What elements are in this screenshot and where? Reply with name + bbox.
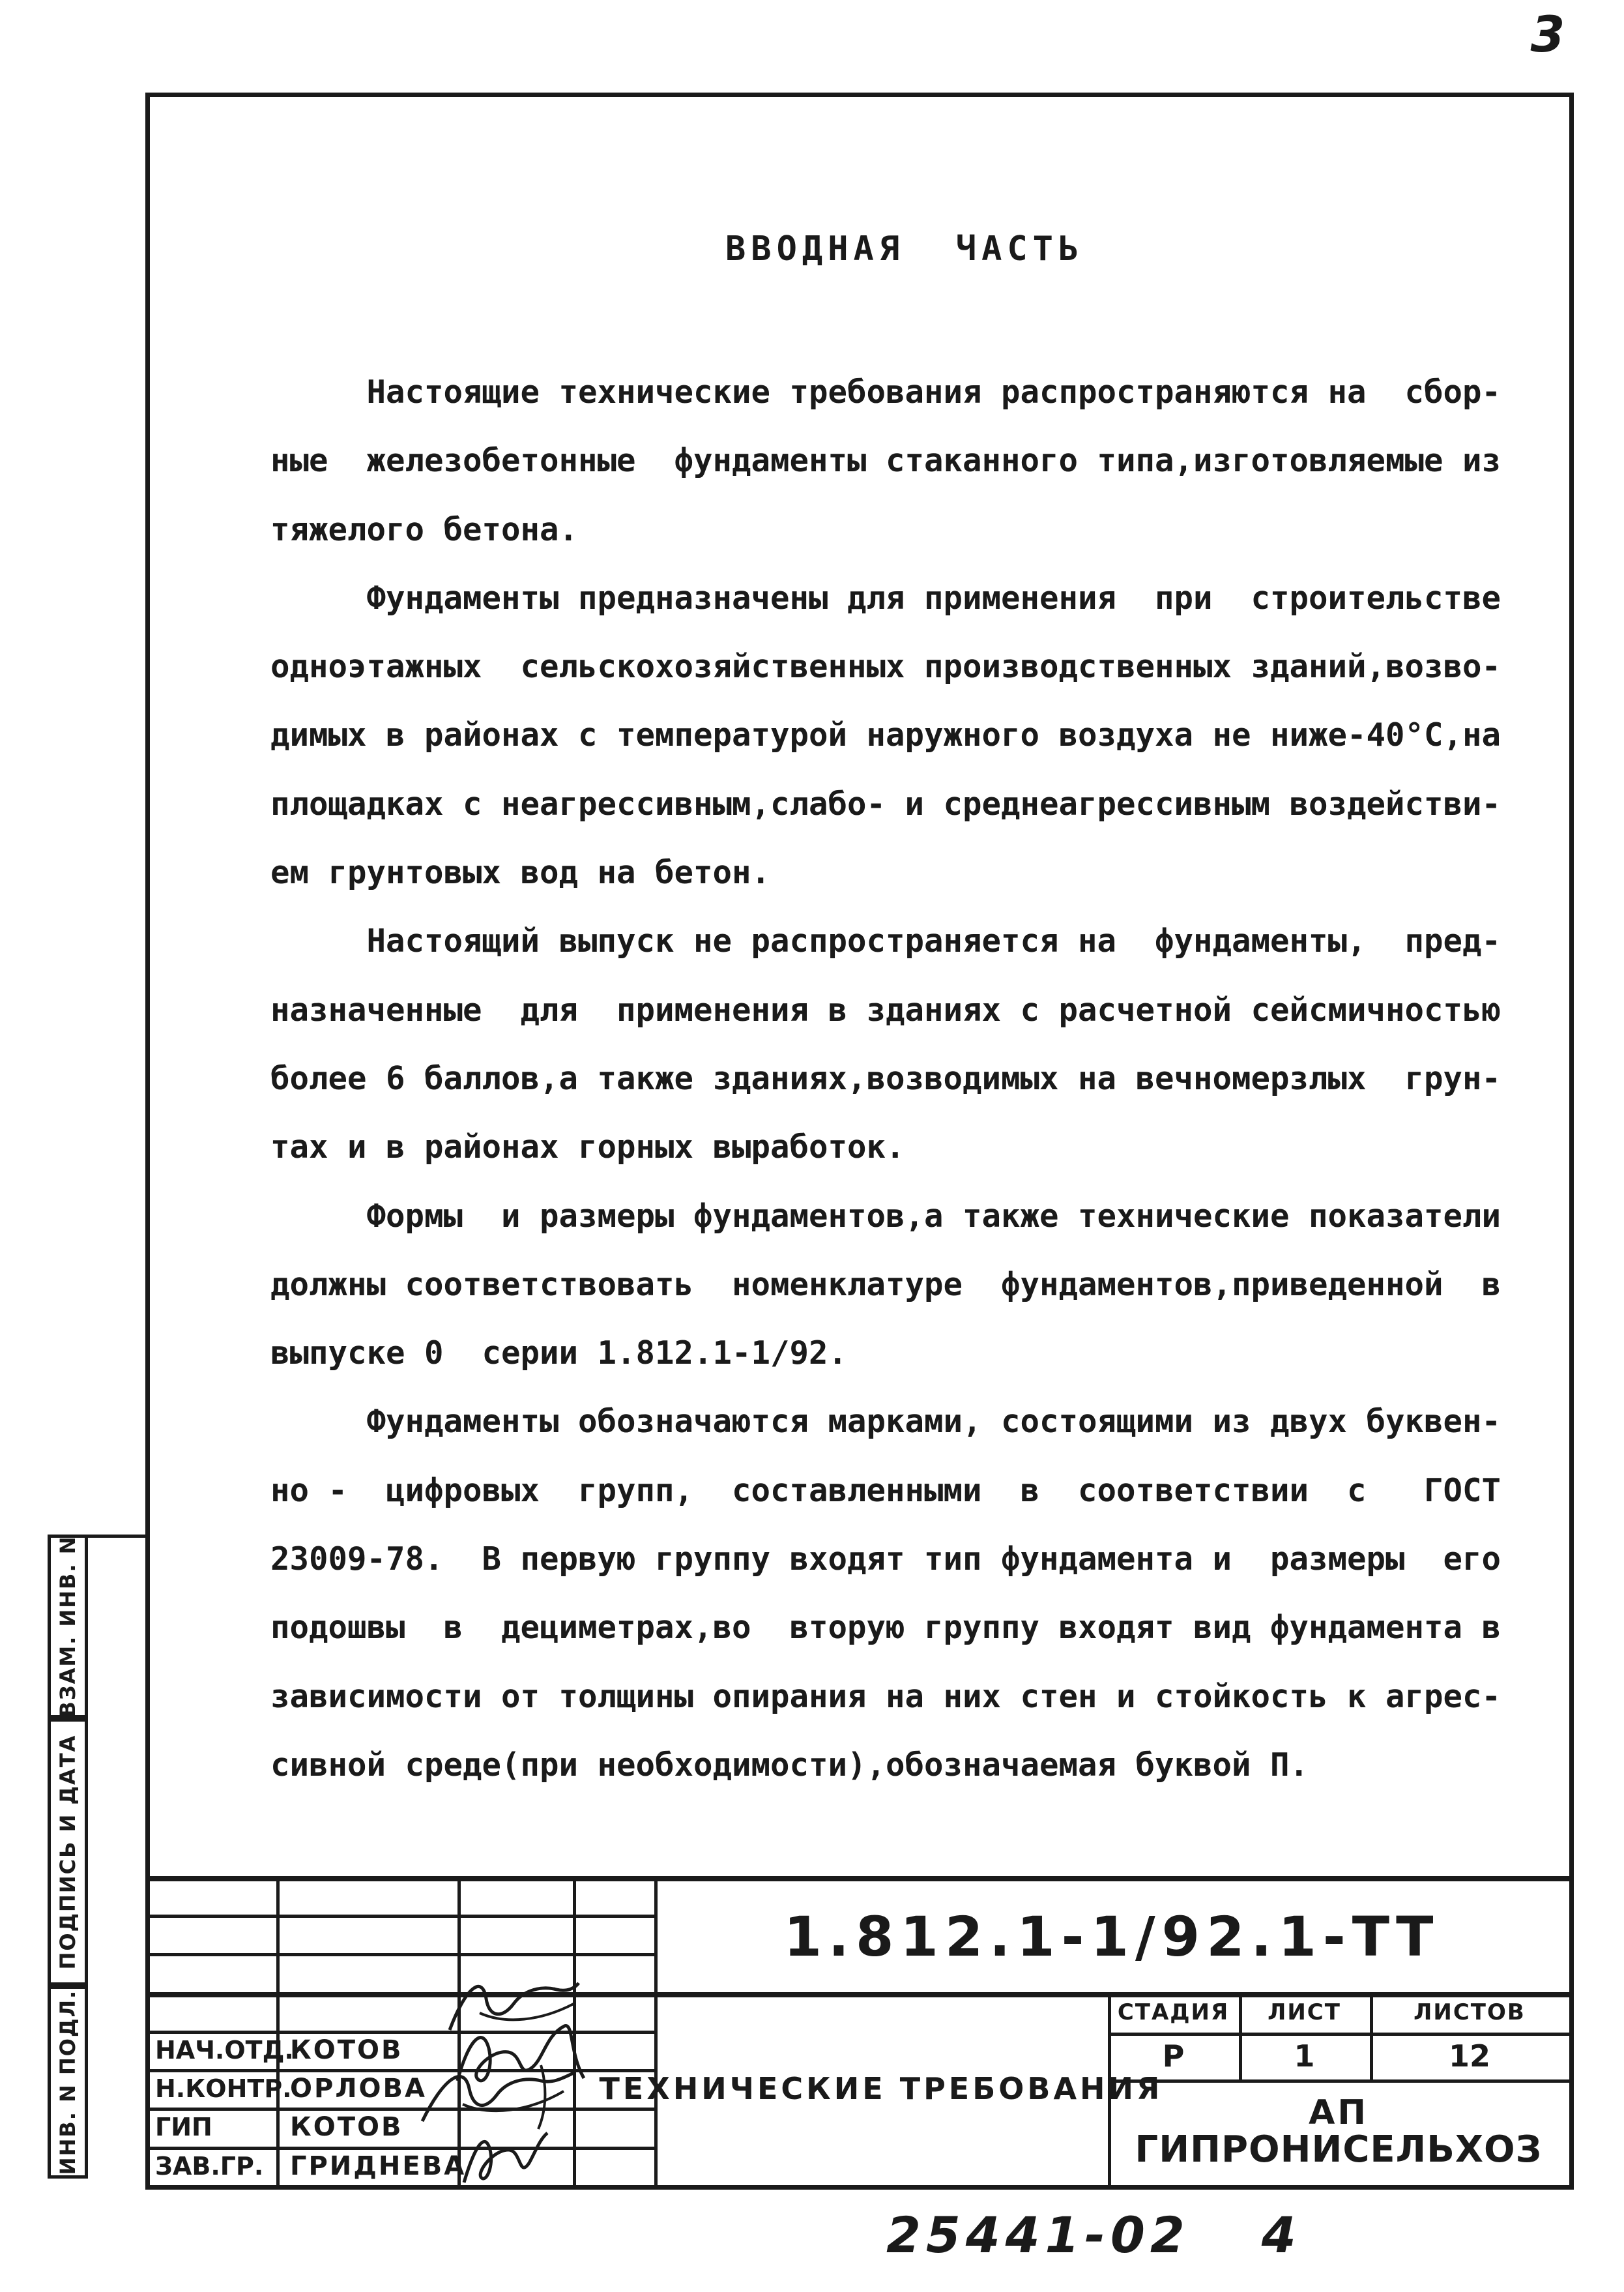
margin-box-inv-podl: ИНВ. N ПОДЛ. bbox=[48, 1986, 88, 2179]
margin-label-podpis-data: ПОДПИСЬ И ДАТА bbox=[55, 1735, 80, 1970]
body-line: одноэтажных сельскохозяйственных произво… bbox=[270, 632, 1548, 701]
margin-box-vzam-inv: ВЗАМ. ИНВ. N bbox=[48, 1535, 88, 1718]
sheet-value: 1 bbox=[1239, 2033, 1370, 2079]
signature-scribble bbox=[456, 2124, 554, 2192]
document-designation: 1.812.1-1/92.1-ТТ bbox=[654, 1881, 1569, 1992]
body-line: сивной среде(при необходимости),обознача… bbox=[270, 1731, 1548, 1799]
body-line: ем грунтовых вод на бетон. bbox=[270, 838, 1548, 907]
body-line: 23009-78. В первую группу входят тип фун… bbox=[270, 1525, 1548, 1593]
section-title: ВВОДНАЯ ЧАСТЬ bbox=[725, 229, 1084, 270]
stamp-top-line bbox=[145, 1876, 1574, 1881]
sheet-header: ЛИСТ bbox=[1239, 1992, 1370, 2033]
body-line: тяжелого бетона. bbox=[270, 495, 1548, 564]
body-line: зависимости от толщины опирания на них с… bbox=[270, 1662, 1548, 1731]
body-line: Фундаменты обозначаются марками, состоящ… bbox=[270, 1387, 1548, 1456]
body-line: более 6 баллов,а также зданиях,возводимы… bbox=[270, 1044, 1548, 1113]
body-line: Фундаменты предназначены для применения … bbox=[270, 564, 1548, 632]
signature-role: НАЧ.ОТД. bbox=[149, 2031, 274, 2069]
margin-label-vzam-inv: ВЗАМ. ИНВ. N bbox=[55, 1535, 80, 1717]
body-line: но - цифровых групп, составленными в соо… bbox=[270, 1456, 1548, 1525]
archive-sheet: 4 bbox=[1262, 2206, 1301, 2264]
signature-role: Н.КОНТР. bbox=[149, 2069, 274, 2108]
signature-name: ГРИДНЕВА bbox=[280, 2147, 454, 2185]
sheets-header: ЛИСТОВ bbox=[1370, 1992, 1569, 2033]
body-line: ные железобетонные фундаменты стаканного… bbox=[270, 426, 1548, 495]
archive-code: 25441-02 bbox=[886, 2206, 1190, 2264]
scanned-document-page: 3 ВВОДНАЯ ЧАСТЬ Настоящие технические тр… bbox=[0, 0, 1624, 2292]
body-line: Настоящий выпуск не распространяется на … bbox=[270, 907, 1548, 975]
body-line: выпуске 0 серии 1.812.1-1/92. bbox=[270, 1319, 1548, 1387]
signature-scribble bbox=[417, 2059, 580, 2134]
page-number: 3 bbox=[1518, 5, 1577, 64]
sheets-value: 12 bbox=[1370, 2033, 1569, 2079]
organization-cell: АП ГИПРОНИСЕЛЬХОЗ bbox=[1108, 2079, 1569, 2185]
body-line: площадках с неагрессивным,слабо- и средн… bbox=[270, 770, 1548, 838]
signature-role: ЗАВ.ГР. bbox=[149, 2147, 274, 2185]
archive-number: 25441-02 4 bbox=[886, 2202, 1301, 2267]
organization-line1: АП bbox=[1309, 2095, 1369, 2131]
body-line: тах и в районах горных выработок. bbox=[270, 1113, 1548, 1181]
grid-line bbox=[145, 1915, 654, 1918]
body-line: подошвы в дециметрах,во вторую группу вх… bbox=[270, 1593, 1548, 1662]
body-line: назначенные для применения в зданиях с р… bbox=[270, 976, 1548, 1044]
body-line: должны соответствовать номенклатуре фунд… bbox=[270, 1250, 1548, 1319]
margin-box-podpis-data: ПОДПИСЬ И ДАТА bbox=[48, 1718, 88, 1986]
body-line: Настоящие технические требования распрос… bbox=[270, 358, 1548, 426]
grid-line bbox=[145, 1953, 654, 1956]
stamp-document-title: ТЕХНИЧЕСКИЕ ТРЕБОВАНИЯ bbox=[654, 1992, 1108, 2185]
body-text: Настоящие технические требования распрос… bbox=[270, 358, 1548, 1799]
stage-value: Р bbox=[1108, 2033, 1239, 2079]
margin-connector-line bbox=[88, 1535, 150, 1538]
organization-line2: ГИПРОНИСЕЛЬХОЗ bbox=[1135, 2131, 1543, 2169]
signature-role: ГИП bbox=[149, 2108, 274, 2147]
body-line: димых в районах с температурой наружного… bbox=[270, 701, 1548, 769]
stage-header: СТАДИЯ bbox=[1108, 1992, 1239, 2033]
body-line: Формы и размеры фундаментов,а также техн… bbox=[270, 1182, 1548, 1250]
margin-label-inv-podl: ИНВ. N ПОДЛ. bbox=[55, 1990, 80, 2175]
